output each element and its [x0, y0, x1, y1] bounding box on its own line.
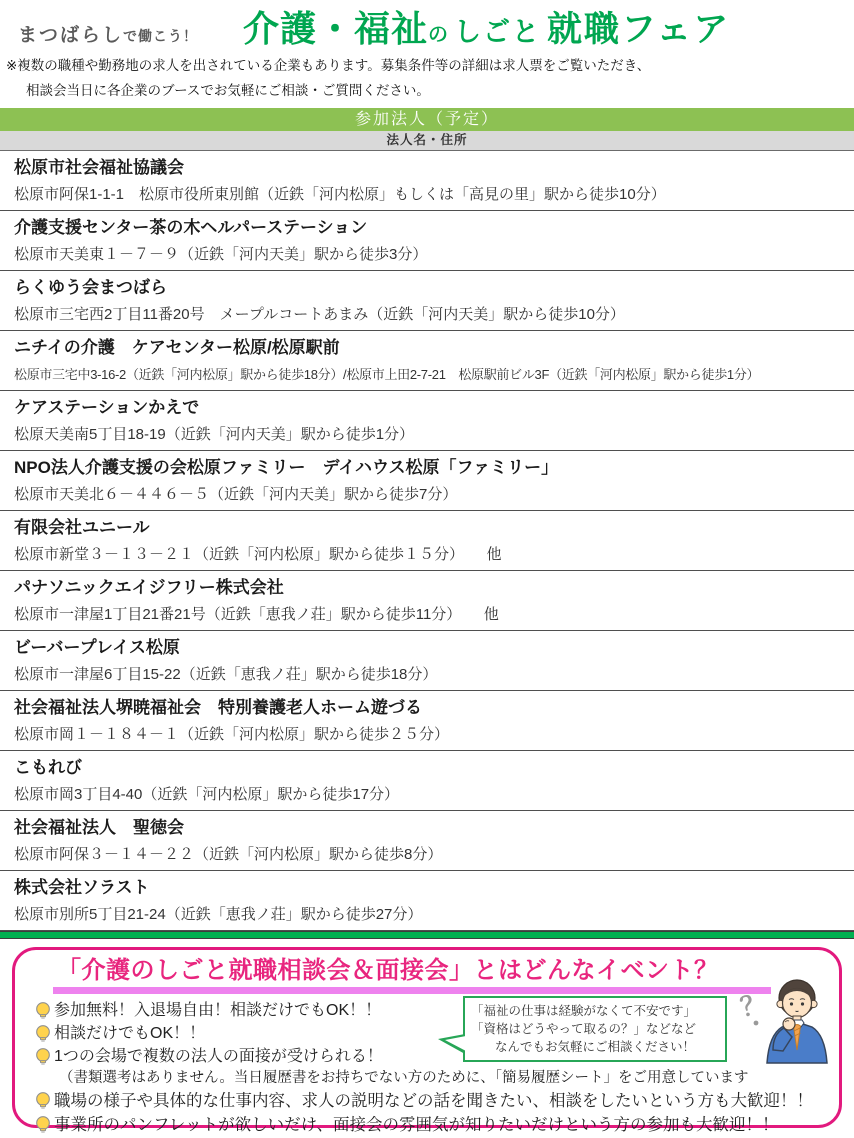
thinking-person-illustration: ？	[739, 978, 835, 1064]
org-address: 松原市岡１－１８４－１（近鉄「河内松原」駅から徒歩２５分）	[14, 724, 846, 745]
table-row: ニチイの介護 ケアセンター松原/松原駅前 松原市三宅中3-16-2（近鉄「河内松…	[0, 331, 854, 391]
org-address: 松原市一津屋6丁目15-22（近鉄「恵我ノ荘」駅から徒歩18分）	[14, 664, 846, 685]
title-part4: 就職フェア	[547, 10, 730, 49]
title-part1: 介護・福祉	[243, 8, 428, 49]
speech-bubble-line: 「資格はどうやって取るの？」などなど	[471, 1020, 719, 1038]
org-name: 株式会社ソラスト	[14, 876, 846, 900]
lightbulb-icon	[35, 1024, 51, 1044]
org-address: 松原市天美東１－７－９（近鉄「河内天美」駅から徒歩3分）	[14, 244, 846, 265]
bullet-text: 事業所のパンフレットが欲しいだけ、面接会の雰囲気が知りたいだけという方の参加も大…	[54, 1113, 779, 1137]
lightbulb-icon	[35, 1091, 51, 1111]
tagline-part2: で働こう！	[123, 28, 198, 44]
table-row: らくゆう会まつばら 松原市三宅西2丁目11番20号 メープルコートあまみ（近鉄「…	[0, 271, 854, 331]
org-address: 松原天美南5丁目18-19（近鉄「河内天美」駅から徒歩1分）	[14, 424, 846, 445]
org-name: 社会福祉法人堺暁福祉会 特別養護老人ホーム遊づる	[14, 696, 846, 720]
table-row: パナソニックエイジフリー株式会社 松原市一津屋1丁目21番21号（近鉄「恵我ノ荘…	[0, 571, 854, 631]
page-header: まつばらしで働こう！ 介護・福祉のしごと就職フェア	[0, 0, 854, 54]
lightbulb-icon	[35, 1001, 51, 1021]
org-address: 松原市三宅西2丁目11番20号 メープルコートあまみ（近鉄「河内天美」駅から徒歩…	[14, 304, 846, 325]
table-row: 介護支援センター茶の木ヘルパーステーション 松原市天美東１－７－９（近鉄「河内天…	[0, 211, 854, 271]
title-part2: の	[428, 24, 448, 46]
section-divider	[0, 931, 854, 939]
speech-bubble: 「福祉の仕事は経験がなくて不安です」 「資格はどうやって取るの？」などなど なん…	[463, 996, 727, 1062]
table-row: 株式会社ソラスト 松原市別所5丁目21-24（近鉄「恵我ノ荘」駅から徒歩27分）	[0, 871, 854, 931]
lightbulb-icon	[35, 1047, 51, 1067]
tagline-part1: まつばらし	[18, 25, 123, 46]
org-address: 松原市一津屋1丁目21番21号（近鉄「恵我ノ荘」駅から徒歩11分） 他	[14, 604, 846, 625]
org-name: パナソニックエイジフリー株式会社	[14, 576, 846, 600]
lightbulb-icon	[35, 1115, 51, 1135]
bullet-text: 参加無料！入退場自由！相談だけでもOK！！	[54, 999, 381, 1022]
bullet-text: 1つの会場で複数の法人の面接が受けられる！	[54, 1045, 383, 1068]
bullet-text: 職場の様子や具体的な仕事内容、求人の説明などの話を聞きたい、相談をしたいという方…	[54, 1089, 813, 1113]
note-line2: 相談会当日に各企業のブースでお気軽にご相談・ご質問ください。	[0, 76, 854, 108]
bullet-note: （書類選考はありません。当日履歴書をお持ちでない方のために、「簡易履歴シート」を…	[59, 1068, 839, 1089]
org-address: 松原市新堂３－１３－２１（近鉄「河内松原」駅から徒歩１５分） 他	[14, 544, 846, 565]
org-address: 松原市岡3丁目4-40（近鉄「河内松原」駅から徒歩17分）	[14, 784, 846, 805]
bullet-text: 相談だけでもOK！！	[54, 1022, 205, 1045]
question-mark-icon: ？	[739, 987, 770, 1022]
org-name: 有限会社ユニール	[14, 516, 846, 540]
table-row: 社会福祉法人堺暁福祉会 特別養護老人ホーム遊づる 松原市岡１－１８４－１（近鉄「…	[0, 691, 854, 751]
org-name: ニチイの介護 ケアセンター松原/松原駅前	[14, 336, 846, 360]
org-name: NPO法人介護支援の会松原ファミリー デイハウス松原「ファミリー」	[14, 456, 846, 480]
event-info-box: 「介護のしごと就職相談会＆面接会」とはどんなイベント？ 参加無料！入退場自由！相…	[12, 947, 842, 1128]
page-title: 介護・福祉のしごと就職フェア	[243, 6, 730, 60]
org-name: 松原市社会福祉協議会	[14, 156, 846, 180]
organization-list: 松原市社会福祉協議会 松原市阿保1-1-1 松原市役所東別館（近鉄「河内松原」も…	[0, 151, 854, 931]
org-address: 松原市阿保３－１４－２２（近鉄「河内松原」駅から徒歩8分）	[14, 844, 846, 865]
table-row: こもれび 松原市岡3丁目4-40（近鉄「河内松原」駅から徒歩17分）	[0, 751, 854, 811]
list-item: 職場の様子や具体的な仕事内容、求人の説明などの話を聞きたい、相談をしたいという方…	[35, 1089, 839, 1113]
org-name: 介護支援センター茶の木ヘルパーステーション	[14, 216, 846, 240]
speech-bubble-line: 「福祉の仕事は経験がなくて不安です」	[471, 1002, 719, 1020]
title-highlight-bar	[53, 987, 771, 994]
org-name: ケアステーションかえで	[14, 396, 846, 420]
event-box-title: 「介護のしごと就職相談会＆面接会」とはどんなイベント？	[57, 956, 839, 985]
table-row: 有限会社ユニール 松原市新堂３－１３－２１（近鉄「河内松原」駅から徒歩１５分） …	[0, 511, 854, 571]
table-row: ビーバープレイス松原 松原市一津屋6丁目15-22（近鉄「恵我ノ荘」駅から徒歩1…	[0, 631, 854, 691]
org-name: 社会福祉法人 聖徳会	[14, 816, 846, 840]
org-name: らくゆう会まつばら	[14, 276, 846, 300]
table-row: ケアステーションかえで 松原天美南5丁目18-19（近鉄「河内天美」駅から徒歩1…	[0, 391, 854, 451]
table-row: 松原市社会福祉協議会 松原市阿保1-1-1 松原市役所東別館（近鉄「河内松原」も…	[0, 151, 854, 211]
participants-banner: 参加法人（予定）	[0, 108, 854, 131]
table-column-header: 法人名・住所	[0, 131, 854, 151]
list-item: 事業所のパンフレットが欲しいだけ、面接会の雰囲気が知りたいだけという方の参加も大…	[35, 1113, 839, 1137]
org-address: 松原市天美北６－４４６－５（近鉄「河内天美」駅から徒歩7分）	[14, 484, 846, 505]
tagline: まつばらしで働こう！	[18, 20, 198, 47]
table-row: 社会福祉法人 聖徳会 松原市阿保３－１４－２２（近鉄「河内松原」駅から徒歩8分）	[0, 811, 854, 871]
org-name: ビーバープレイス松原	[14, 636, 846, 660]
org-name: こもれび	[14, 756, 846, 780]
title-part3: しごと	[454, 17, 541, 47]
table-row: NPO法人介護支援の会松原ファミリー デイハウス松原「ファミリー」 松原市天美北…	[0, 451, 854, 511]
org-address: 松原市三宅中3-16-2（近鉄「河内松原」駅から徒歩18分）/松原市上田2-7-…	[14, 364, 846, 385]
org-address: 松原市別所5丁目21-24（近鉄「恵我ノ荘」駅から徒歩27分）	[14, 904, 846, 925]
org-address: 松原市阿保1-1-1 松原市役所東別館（近鉄「河内松原」もしくは「高見の里」駅か…	[14, 184, 846, 205]
speech-bubble-line: なんでもお気軽にご相談ください！	[471, 1038, 719, 1056]
